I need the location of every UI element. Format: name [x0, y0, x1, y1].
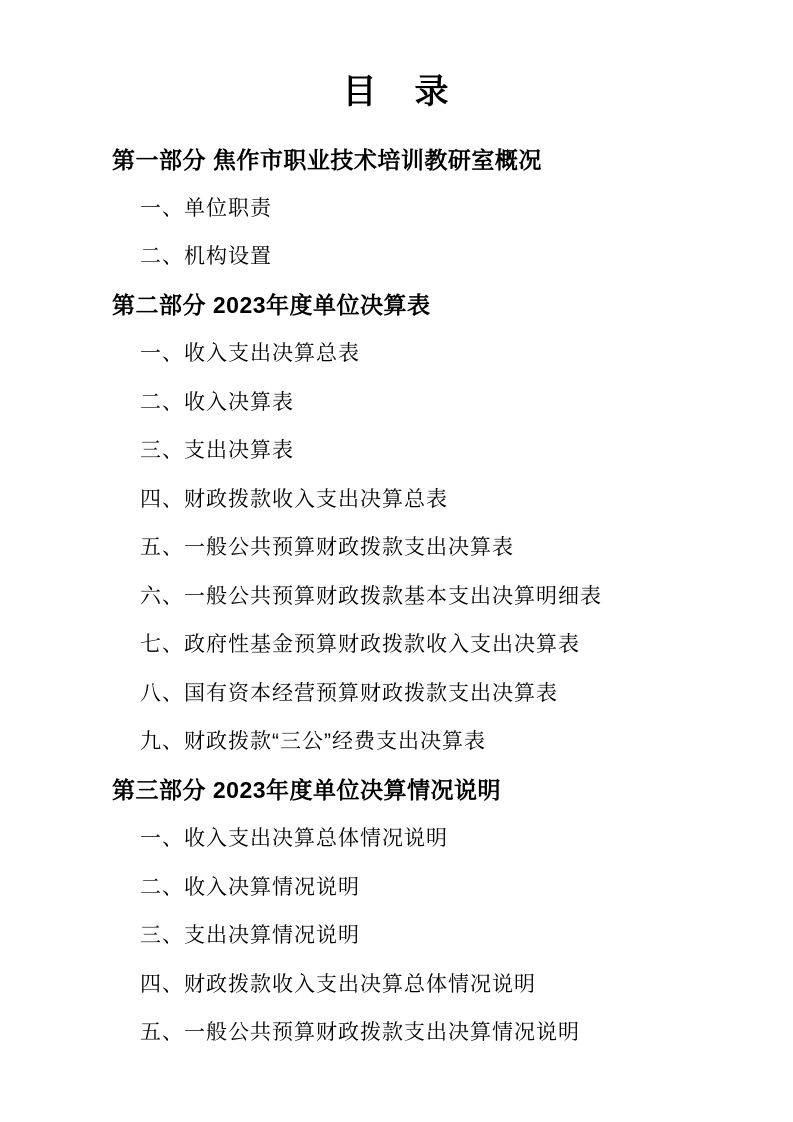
- toc-item: 二、收入决算表: [112, 377, 733, 426]
- toc-section-heading: 第三部分 2023年度单位决算情况说明: [112, 765, 733, 814]
- toc-item: 四、财政拨款收入支出决算总体情况说明: [112, 959, 733, 1008]
- toc-item: 六、一般公共预算财政拨款基本支出决算明细表: [112, 571, 733, 620]
- toc-item: 四、财政拨款收入支出决算总表: [112, 474, 733, 523]
- toc-item: 二、机构设置: [112, 231, 733, 280]
- document-page: 目 录 第一部分 焦作市职业技术培训教研室概况 一、单位职责 二、机构设置 第二…: [0, 0, 793, 1122]
- toc-item: 一、收入支出决算总表: [112, 328, 733, 377]
- toc-item: 三、支出决算情况说明: [112, 910, 733, 959]
- toc-item: 七、政府性基金预算财政拨款收入支出决算表: [112, 619, 733, 668]
- toc-item: 五、一般公共预算财政拨款支出决算情况说明: [112, 1007, 733, 1056]
- toc-section-heading: 第二部分 2023年度单位决算表: [112, 280, 733, 329]
- toc-item: 八、国有资本经营预算财政拨款支出决算表: [112, 668, 733, 717]
- toc-item: 一、单位职责: [112, 183, 733, 232]
- toc-item: 九、财政拨款“三公”经费支出决算表: [112, 716, 733, 765]
- toc-item: 三、支出决算表: [112, 425, 733, 474]
- toc-item: 二、收入决算情况说明: [112, 862, 733, 911]
- table-of-contents: 第一部分 焦作市职业技术培训教研室概况 一、单位职责 二、机构设置 第二部分 2…: [0, 134, 793, 1056]
- toc-item: 一、收入支出决算总体情况说明: [112, 813, 733, 862]
- toc-item: 五、一般公共预算财政拨款支出决算表: [112, 522, 733, 571]
- page-title: 目 录: [0, 0, 793, 114]
- toc-section-heading: 第一部分 焦作市职业技术培训教研室概况: [112, 134, 733, 183]
